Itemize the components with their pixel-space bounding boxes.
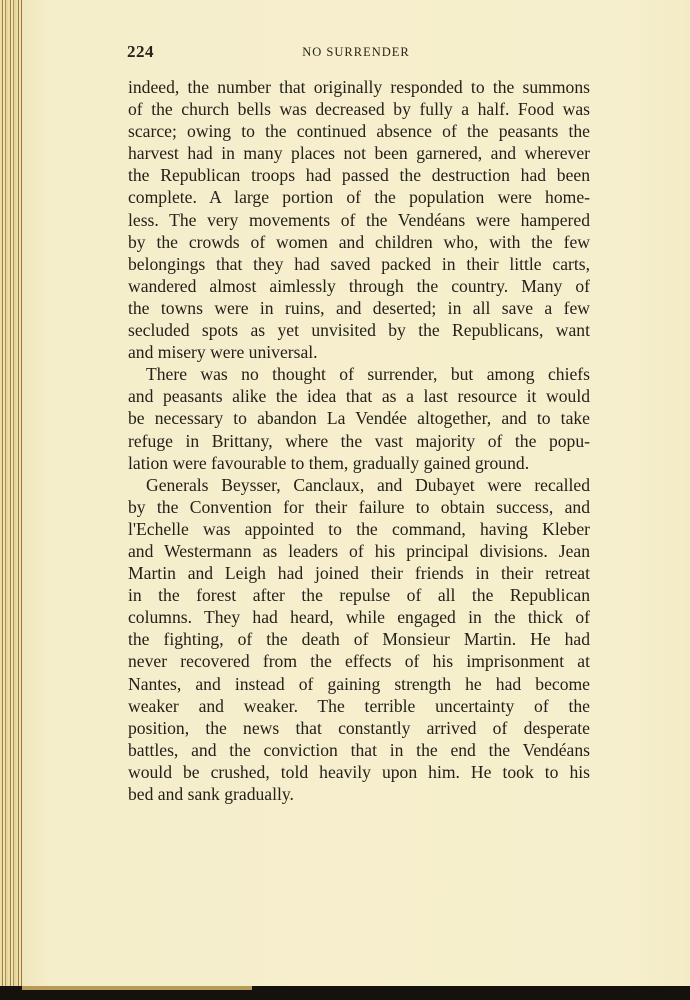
text-line: and misery were universal. <box>128 341 590 363</box>
text-line: Generals Beysser, Canclaux, and Dubayet … <box>128 474 590 496</box>
text-line: and peasants alike the idea that as a la… <box>128 385 590 407</box>
text-line: Martin and Leigh had joined their friend… <box>128 562 590 584</box>
text-line: refuge in Brittany, where the vast major… <box>128 430 590 452</box>
text-line: complete. A large portion of the populat… <box>128 186 590 208</box>
text-line: secluded spots as yet unvisited by the R… <box>128 319 590 341</box>
scanned-book-page: 224 NO SURRENDER indeed, the number that… <box>0 0 690 1000</box>
text-line: the towns were in ruins, and deserted; i… <box>128 297 590 319</box>
page-edge-stack <box>0 0 24 1000</box>
text-line: and Westermann as leaders of his princip… <box>128 540 590 562</box>
text-line: battles, and the conviction that in the … <box>128 739 590 761</box>
running-head-title: NO SURRENDER <box>123 45 589 60</box>
body-text: indeed, the number that originally respo… <box>128 76 590 805</box>
text-line: would be crushed, told heavily upon him.… <box>128 761 590 783</box>
bottom-book-edge <box>0 986 690 1000</box>
paragraph-1: indeed, the number that originally respo… <box>128 76 590 363</box>
page-header: 224 NO SURRENDER <box>123 42 589 64</box>
text-line: wandered almost aimlessly through the co… <box>128 275 590 297</box>
text-line: l'Echelle was appointed to the command, … <box>128 518 590 540</box>
text-line: position, the news that constantly arriv… <box>128 717 590 739</box>
text-line: scarce; owing to the continued absence o… <box>128 120 590 142</box>
text-line: by the crowds of women and children who,… <box>128 231 590 253</box>
text-line: by the Convention for their failure to o… <box>128 496 590 518</box>
text-line: in the forest after the repulse of all t… <box>128 584 590 606</box>
text-line: There was no thought of surrender, but a… <box>128 363 590 385</box>
text-line: Nantes, and instead of gaining strength … <box>128 673 590 695</box>
text-line: indeed, the number that originally respo… <box>128 76 590 98</box>
text-line: the Republican troops had passed the des… <box>128 164 590 186</box>
text-line: less. The very movements of the Vendéans… <box>128 209 590 231</box>
text-line: belongings that they had saved packed in… <box>128 253 590 275</box>
text-line: bed and sank gradually. <box>128 783 590 805</box>
text-line: harvest had in many places not been garn… <box>128 142 590 164</box>
text-line: never recovered from the effects of his … <box>128 650 590 672</box>
text-line: the fighting, of the death of Monsieur M… <box>128 628 590 650</box>
paragraph-2: There was no thought of surrender, but a… <box>128 363 590 473</box>
text-line: of the church bells was decreased by ful… <box>128 98 590 120</box>
text-line: columns. They had heard, while engaged i… <box>128 606 590 628</box>
text-line: weaker and weaker. The terrible uncertai… <box>128 695 590 717</box>
text-line: lation were favourable to them, graduall… <box>128 452 590 474</box>
text-line: be necessary to abandon La Vendée altoge… <box>128 407 590 429</box>
paragraph-3: Generals Beysser, Canclaux, and Dubayet … <box>128 474 590 805</box>
